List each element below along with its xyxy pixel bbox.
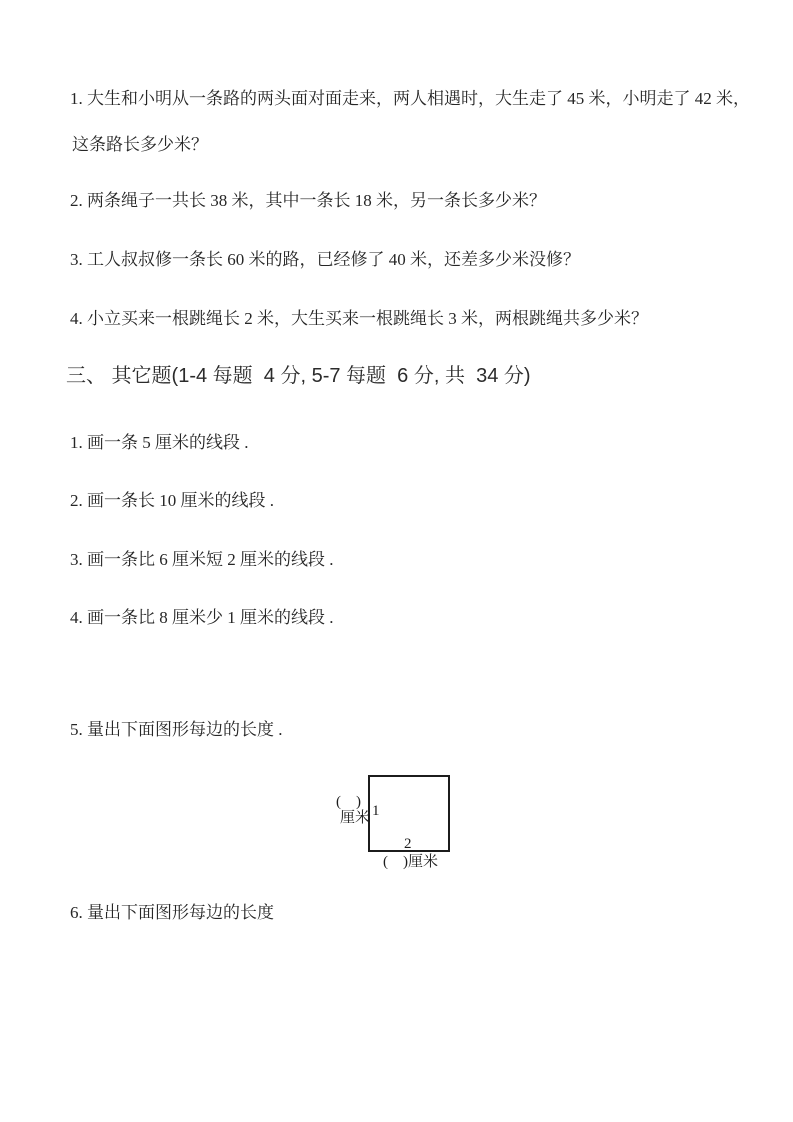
problem-2-1-line2: 这条路长多少米？ <box>72 134 208 156</box>
problem-2-2: 2. 两条绳子一共长 38 米，其中一条长 18 米，另一条长多少米？ <box>70 190 546 212</box>
worksheet-page: 1. 大生和小明从一条路的两头面对面走来，两人相遇时，大生走了 45 米，小明走… <box>0 0 793 1122</box>
section-3-heading: 三、 其它题(1-4 每题 4 分, 5-7 每题 6 分, 共 34 分) <box>66 364 531 388</box>
problem-2-4: 4. 小立买来一根跳绳长 2 米，大生买来一根跳绳长 3 米，两根跳绳共多少米？ <box>70 308 648 330</box>
problem-3-3: 3. 画一条比 6 厘米短 2 厘米的线段 . <box>70 549 334 571</box>
square-bottom-blank-label: ( )厘米 <box>383 854 438 871</box>
square-side-mark-1: 1 <box>372 803 380 819</box>
square-side-mark-2: 2 <box>404 836 412 852</box>
problem-2-1-line1: 1. 大生和小明从一条路的两头面对面走来，两人相遇时，大生走了 45 米，小明走… <box>70 88 750 110</box>
problem-3-6: 6. 量出下面图形每边的长度 <box>70 902 274 924</box>
square-left-blank-parens: ( ) <box>336 794 361 811</box>
problem-3-1: 1. 画一条 5 厘米的线段 . <box>70 432 249 454</box>
square-left-unit-label: 厘米 <box>340 810 370 827</box>
problem-2-3: 3. 工人叔叔修一条长 60 米的路，已经修了 40 米，还差多少米没修？ <box>70 249 580 271</box>
problem-3-5: 5. 量出下面图形每边的长度 . <box>70 719 283 741</box>
problem-3-2: 2. 画一条长 10 厘米的线段 . <box>70 490 274 512</box>
problem-3-4: 4. 画一条比 8 厘米少 1 厘米的线段 . <box>70 607 334 629</box>
